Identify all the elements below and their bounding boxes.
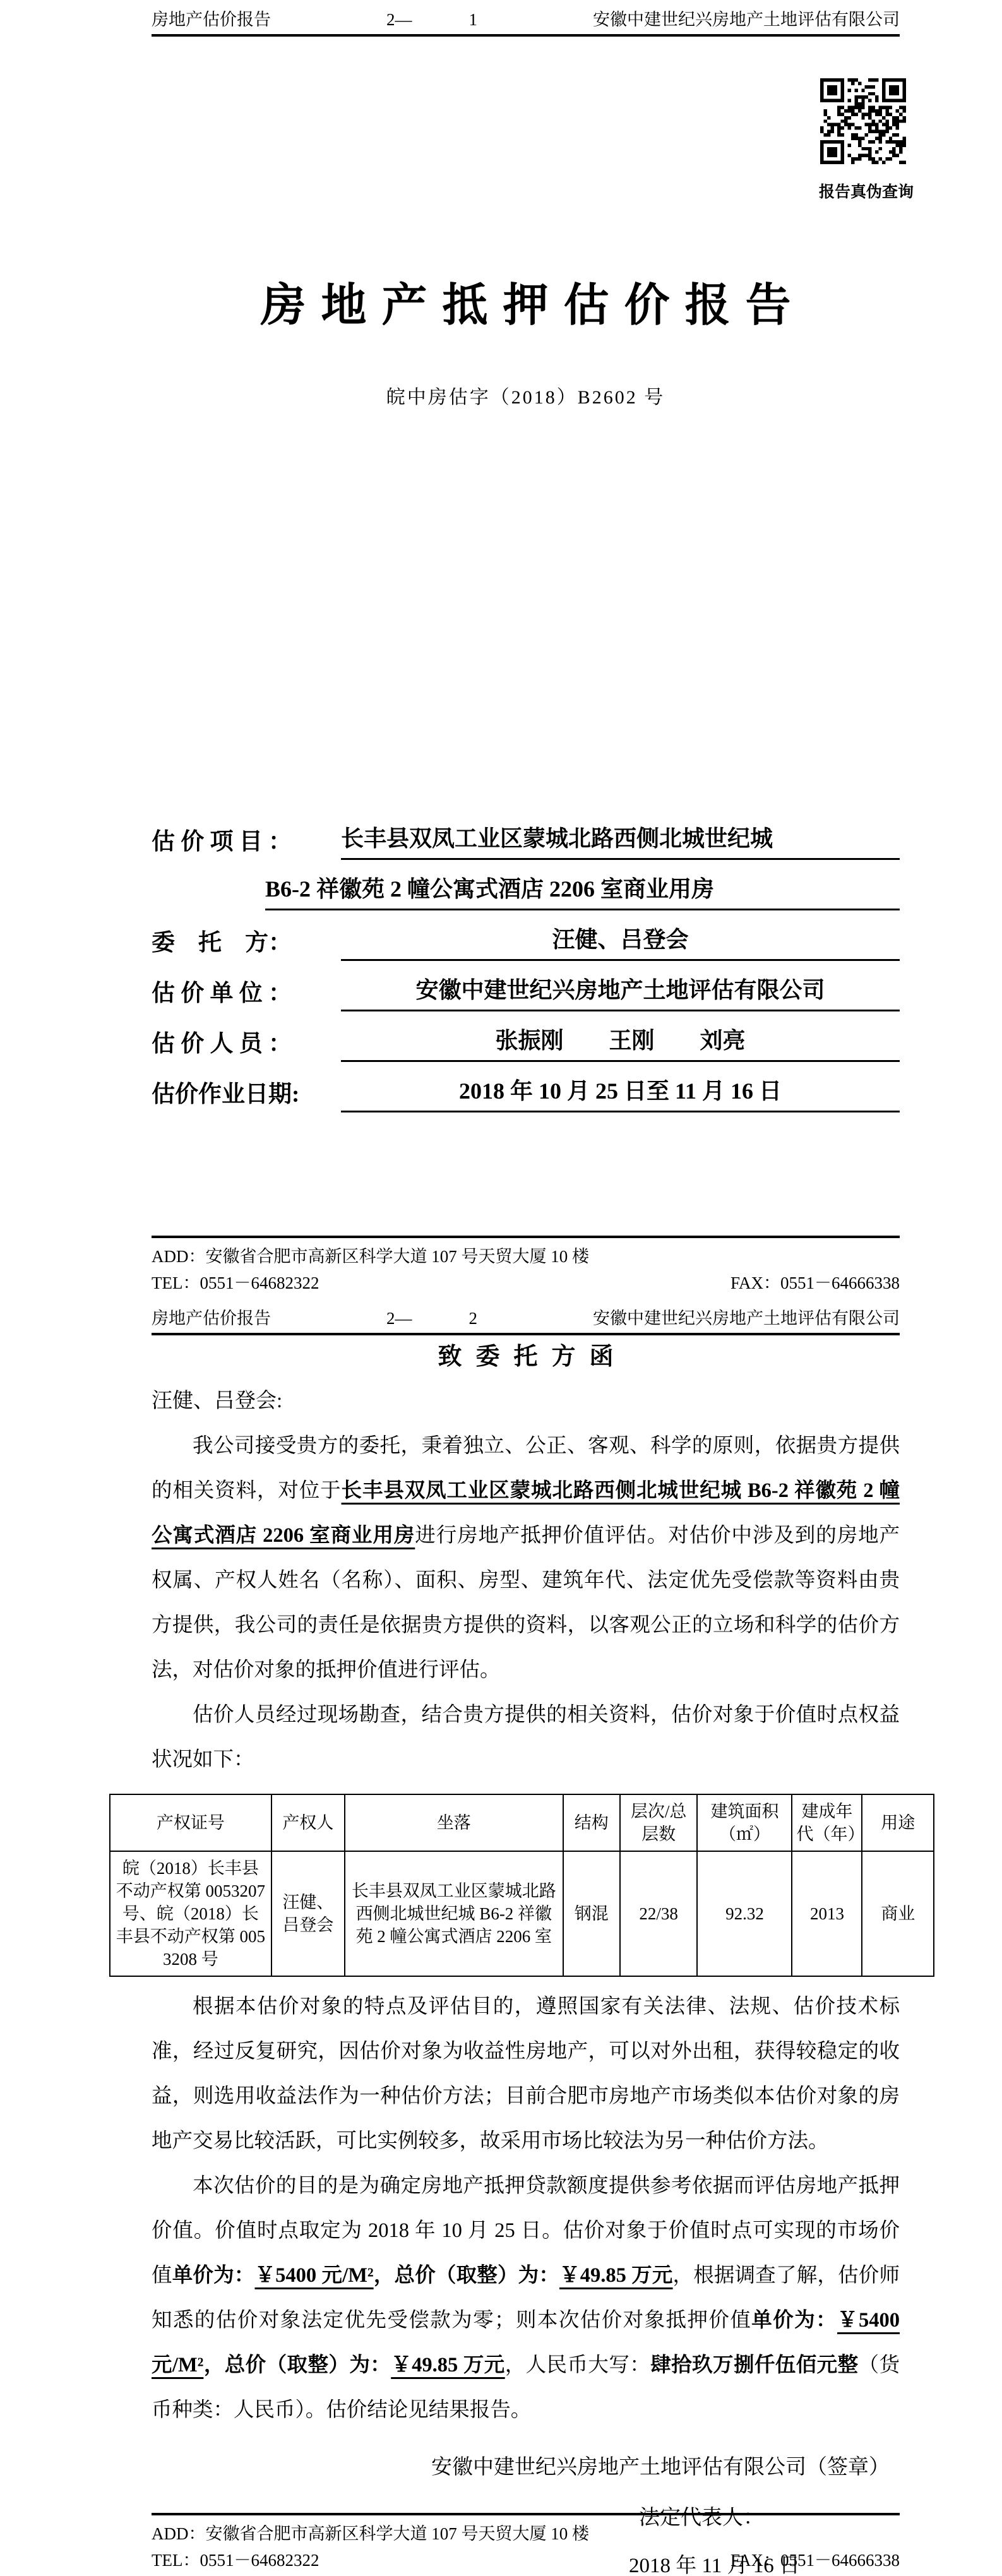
mortgage-unit-price-label: 单价为： [751, 2309, 837, 2332]
table-header-row: 产权证号 产权人 坐落 结构 层次/总层数 建筑面积（㎡） 建成年代（年） 用途 [110, 1794, 934, 1851]
header-doc-type: 房地产估价报告 [152, 1308, 271, 1329]
price-in-words: 肆拾玖万捌仟伍佰元整 [650, 2354, 858, 2376]
cell-cert-no: 皖（2018）长丰县不动产权第 0053207 号、皖（2018）长丰县不动产权… [110, 1851, 271, 1976]
market-unit-price: ￥5400 元/M² [254, 2264, 373, 2287]
unit-price-label: 单价为： [172, 2264, 255, 2287]
cell-location: 长丰县双凤工业区蒙城北路西侧北城世纪城 B6-2 祥徽苑 2 幢公寓式酒店 22… [345, 1851, 563, 1976]
signature-company: 安徽中建世纪兴房地产土地评估有限公司（签章） [152, 2453, 900, 2482]
mortgage-total-price: ￥49.85 万元 [391, 2354, 504, 2376]
qr-code [820, 78, 906, 164]
field-client-label: 委 托 方： [152, 923, 341, 961]
report-title: 房地产抵押估价报告 [152, 280, 900, 332]
table-header-structure: 结构 [563, 1794, 620, 1851]
mortgage-total-price-label: ，总价（取整）为： [203, 2354, 391, 2376]
table-header-usage: 用途 [862, 1794, 934, 1851]
cell-structure: 钢混 [563, 1851, 620, 1976]
cell-area: 92.32 [697, 1851, 792, 1976]
field-staff: 估 价 人 员 ： 张振刚 王刚 刘亮 [152, 1022, 900, 1062]
field-client-value: 汪健、吕登会 [341, 922, 900, 961]
table-row: 皖（2018）长丰县不动产权第 0053207 号、皖（2018）长丰县不动产权… [110, 1851, 934, 1976]
field-staff-label: 估 价 人 员 ： [152, 1024, 341, 1062]
field-client: 委 托 方： 汪健、吕登会 [152, 921, 900, 961]
field-agency: 估 价 单 位 ： 安徽中建世纪兴房地产土地评估有限公司 [152, 971, 900, 1011]
page-2: 房地产估价报告 2— 2 安徽中建世纪兴房地产土地评估有限公司 致委托方函 汪健… [0, 1299, 1002, 2576]
cover-fields: 估 价 项 目 ： 长丰县双凤工业区蒙城北路西侧北城世纪城 B6-2 祥徽苑 2… [152, 820, 900, 1112]
letter-paragraph-3: 根据本估价对象的特点及评估目的，遵照国家有关法律、法规、估价技术标准，经过反复研… [152, 1984, 900, 2164]
field-staff-value: 张振刚 王刚 刘亮 [341, 1023, 900, 1062]
cell-year: 2013 [792, 1851, 862, 1976]
page-1: 房地产估价报告 2— 1 安徽中建世纪兴房地产土地评估有限公司 报告真伪查询 房… [0, 0, 1002, 1299]
page-header: 房地产估价报告 2— 1 安徽中建世纪兴房地产土地评估有限公司 [152, 0, 900, 37]
page-footer: ADD：安徽省合肥市高新区科学大道 107 号天贸大厦 10 楼 TEL：055… [152, 1236, 900, 1294]
header-page-number: 2— 1 [386, 9, 477, 30]
property-rights-table: 产权证号 产权人 坐落 结构 层次/总层数 建筑面积（㎡） 建成年代（年） 用途… [109, 1794, 934, 1977]
field-project-line2: B6-2 祥徽苑 2 幢公寓式酒店 2206 室商业用房 [152, 870, 900, 910]
footer-address: ADD：安徽省合肥市高新区科学大道 107 号天贸大厦 10 楼 [152, 2523, 900, 2544]
letter-paragraph-2: 估价人员经过现场勘查，结合贵方提供的相关资料，估价对象于价值时点权益状况如下： [152, 1693, 900, 1782]
total-price-label: ，总价（取整）为： [374, 2264, 559, 2287]
table-header-year: 建成年代（年） [792, 1794, 862, 1851]
header-company: 安徽中建世纪兴房地产土地评估有限公司 [593, 9, 900, 30]
table-header-floor: 层次/总层数 [620, 1794, 698, 1851]
letter-salutation: 汪健、吕登会: [152, 1386, 900, 1416]
paragraph-text: ，人民币大写： [505, 2354, 651, 2376]
field-project-label: 估 价 项 目 ： [152, 822, 341, 860]
qr-verification-block: 报告真伪查询 [819, 78, 907, 202]
field-project-value-line1: 长丰县双凤工业区蒙城北路西侧北城世纪城 [341, 821, 900, 860]
paragraph-text: 进行房地产抵押价值评估。对估价中涉及到的房地产权属、产权人姓名（名称）、面积、房… [152, 1524, 900, 1681]
cell-owner: 汪健、吕登会 [271, 1851, 345, 1976]
field-work-date-value: 2018 年 10 月 25 日至 11 月 16 日 [341, 1073, 900, 1112]
qr-caption: 报告真伪查询 [819, 179, 907, 202]
field-project: 估 价 项 目 ： 长丰县双凤工业区蒙城北路西侧北城世纪城 [152, 820, 900, 860]
field-agency-value: 安徽中建世纪兴房地产土地评估有限公司 [341, 972, 900, 1011]
footer-fax: FAX：0551－64666338 [731, 1272, 900, 1294]
header-doc-type: 房地产估价报告 [152, 9, 271, 30]
report-number: 皖中房估字（2018）B2602 号 [152, 381, 900, 409]
footer-address: ADD：安徽省合肥市高新区科学大道 107 号天贸大厦 10 楼 [152, 1246, 900, 1267]
letter-paragraph-4: 本次估价的目的是为确定房地产抵押贷款额度提供参考依据而评估房地产抵押价值。价值时… [152, 2164, 900, 2433]
footer-tel: TEL：0551－64682322 [152, 2549, 319, 2571]
header-page-prefix: 2— [386, 1308, 412, 1329]
header-page-current: 1 [469, 9, 478, 30]
table-header-location: 坐落 [345, 1794, 563, 1851]
header-page-number: 2— 2 [386, 1308, 477, 1329]
table-header-cert-no: 产权证号 [110, 1794, 271, 1851]
table-header-area: 建筑面积（㎡） [697, 1794, 792, 1851]
letter-paragraph-1: 我公司接受贵方的委托，秉着独立、公正、客观、科学的原则，依据贵方提供的相关资料，… [152, 1424, 900, 1693]
field-work-date-label: 估价作业日期: [152, 1075, 341, 1112]
page-header: 房地产估价报告 2— 2 安徽中建世纪兴房地产土地评估有限公司 [152, 1299, 900, 1335]
letter-title: 致委托方函 [152, 1342, 900, 1373]
cell-usage: 商业 [862, 1851, 934, 1976]
footer-tel: TEL：0551－64682322 [152, 1272, 319, 1294]
footer-fax: FAX：0551－64666338 [731, 2549, 900, 2571]
field-project-value-line2: B6-2 祥徽苑 2 幢公寓式酒店 2206 室商业用房 [265, 871, 900, 910]
cell-floor: 22/38 [620, 1851, 698, 1976]
page-footer: ADD：安徽省合肥市高新区科学大道 107 号天贸大厦 10 楼 TEL：055… [152, 2513, 900, 2571]
market-total-price: ￥49.85 万元 [559, 2264, 673, 2287]
table-header-owner: 产权人 [271, 1794, 345, 1851]
header-page-prefix: 2— [386, 9, 412, 30]
header-page-current: 2 [469, 1308, 478, 1329]
field-work-date: 估价作业日期: 2018 年 10 月 25 日至 11 月 16 日 [152, 1072, 900, 1112]
header-company: 安徽中建世纪兴房地产土地评估有限公司 [593, 1308, 900, 1329]
field-agency-label: 估 价 单 位 ： [152, 974, 341, 1011]
